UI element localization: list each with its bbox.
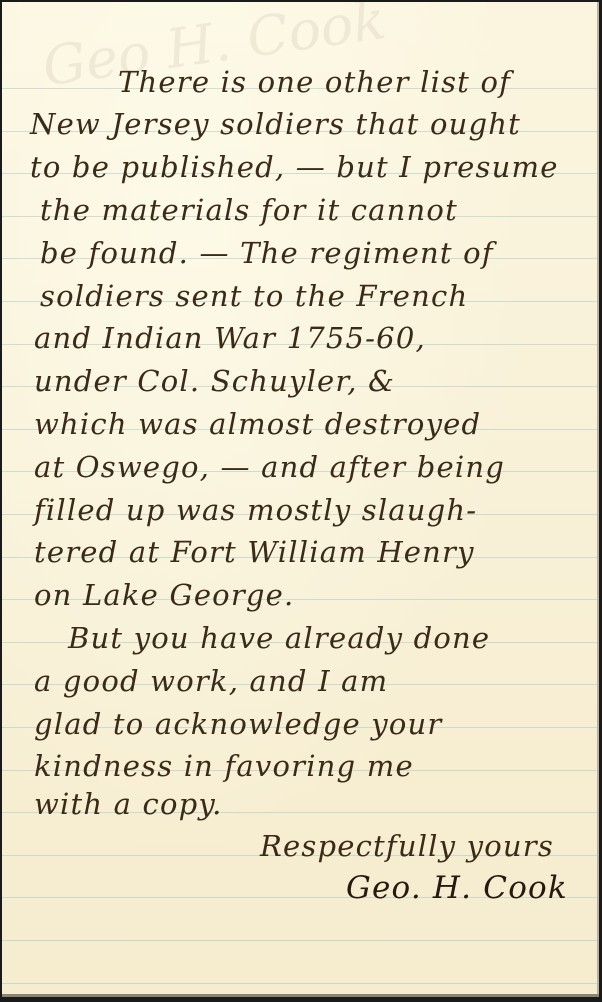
page-edge-bottom [2, 994, 599, 997]
letter-line-17: kindness in favoring me [34, 748, 414, 784]
letter-line-2: New Jersey soldiers that ought [30, 106, 521, 142]
page-edge-right [597, 2, 599, 997]
signature: Geo. H. Cook [346, 870, 568, 906]
letter-line-4: the materials for it cannot [40, 192, 458, 228]
letter-line-6: soldiers sent to the French [40, 278, 468, 314]
letter-line-12: tered at Fort William Henry [34, 534, 475, 570]
letter-line-8: under Col. Schuyler, & [34, 363, 395, 399]
letter-line-9: which was almost destroyed [34, 406, 481, 442]
letter-line-11: filled up was mostly slaugh- [34, 492, 477, 528]
letter-line-7: and Indian War 1755-60, [34, 320, 426, 356]
letter-line-10: at Oswego, — and after being [34, 449, 505, 485]
letter-line-14: But you have already done [68, 620, 490, 656]
letter-line-18: with a copy. [34, 786, 223, 822]
ruled-line [2, 983, 599, 984]
letter-line-15: a good work, and I am [34, 663, 388, 699]
letter-line-3: to be published, — but I presume [30, 149, 559, 185]
closing: Respectfully yours [260, 828, 554, 864]
letter-page: Geo H. Cook There is one other list of N… [2, 2, 599, 997]
letter-line-5: be found. — The regiment of [40, 235, 494, 271]
letter-line-1: There is one other list of [118, 64, 511, 100]
ruled-line [2, 940, 599, 941]
letter-line-13: on Lake George. [34, 577, 294, 613]
letter-line-16: glad to acknowledge your [34, 706, 442, 742]
